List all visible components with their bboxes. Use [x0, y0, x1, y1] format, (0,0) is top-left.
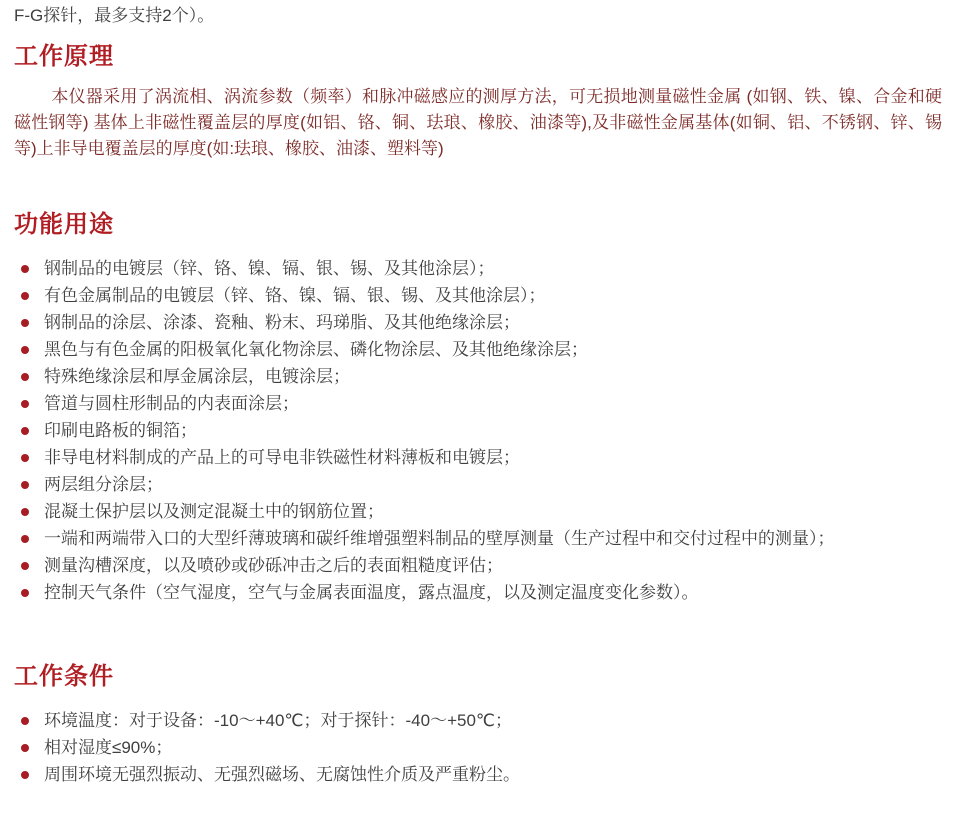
list-item-text: 印刷电路板的铜箔； [44, 421, 197, 440]
list-item-text: 钢制品的电镀层（锌、铬、镍、镉、银、锡、及其他涂层）； [44, 259, 495, 278]
bullet-dot-icon [21, 454, 29, 462]
list-item-text: 相对湿度≤90%； [44, 738, 172, 757]
list-item-text: 钢制品的涂层、涂漆、瓷釉、粉末、玛珶脂、及其他绝缘涂层； [44, 313, 520, 332]
bullet-dot-icon [21, 265, 29, 273]
bullet-dot-icon [21, 292, 29, 300]
list-item: 管道与圆柱形制品的内表面涂层； [14, 390, 942, 417]
working-principle-paragraph: 本仪器采用了涡流相、涡流参数（频率）和脉冲磁感应的测厚方法，可无损地测量磁性金属… [14, 84, 942, 162]
conditions-list: 环境温度：对于设备：-10～+40℃；对于探针：-40～+50℃；相对湿度≤90… [14, 707, 942, 788]
bullet-dot-icon [21, 562, 29, 570]
list-item: 混凝土保护层以及测定混凝土中的钢筋位置； [14, 498, 942, 525]
functions-list: 钢制品的电镀层（锌、铬、镍、镉、银、锡、及其他涂层）；有色金属制品的电镀层（锌、… [14, 255, 942, 606]
list-item: 非导电材料制成的产品上的可导电非铁磁性材料薄板和电镀层； [14, 444, 942, 471]
bullet-dot-icon [21, 771, 29, 779]
list-item-text: 特殊绝缘涂层和厚金属涂层，电镀涂层； [44, 367, 350, 386]
list-item: 钢制品的电镀层（锌、铬、镍、镉、银、锡、及其他涂层）； [14, 255, 942, 282]
list-item-text: 测量沟槽深度，以及喷砂或砂砾冲击之后的表面粗糙度评估； [44, 556, 503, 575]
list-item-text: 混凝土保护层以及测定混凝土中的钢筋位置； [44, 502, 384, 521]
list-item-text: 环境温度：对于设备：-10～+40℃；对于探针：-40～+50℃； [44, 711, 512, 730]
bullet-dot-icon [21, 400, 29, 408]
bullet-dot-icon [21, 508, 29, 516]
bullet-dot-icon [21, 589, 29, 597]
bullet-dot-icon [21, 427, 29, 435]
list-item: 有色金属制品的电镀层（锌、铬、镍、镉、银、锡、及其他涂层）； [14, 282, 942, 309]
list-item: 环境温度：对于设备：-10～+40℃；对于探针：-40～+50℃； [14, 707, 942, 734]
bullet-dot-icon [21, 481, 29, 489]
list-item-text: 非导电材料制成的产品上的可导电非铁磁性材料薄板和电镀层； [44, 448, 520, 467]
list-item: 黑色与有色金属的阳极氧化氧化物涂层、磷化物涂层、及其他绝缘涂层； [14, 336, 942, 363]
bullet-dot-icon [21, 373, 29, 381]
section-heading-functions: 功能用途 [14, 211, 942, 239]
list-item: 周围环境无强烈振动、无强烈磁场、无腐蚀性介质及严重粉尘。 [14, 761, 942, 788]
list-item: 测量沟槽深度，以及喷砂或砂砾冲击之后的表面粗糙度评估； [14, 552, 942, 579]
list-item: 钢制品的涂层、涂漆、瓷釉、粉末、玛珶脂、及其他绝缘涂层； [14, 309, 942, 336]
list-item-text: 有色金属制品的电镀层（锌、铬、镍、镉、银、锡、及其他涂层）； [44, 286, 546, 305]
list-item-text: 周围环境无强烈振动、无强烈磁场、无腐蚀性介质及严重粉尘。 [44, 765, 520, 784]
list-item-text: 控制天气条件（空气湿度，空气与金属表面温度，露点温度，以及测定温度变化参数）。 [44, 583, 699, 602]
bullet-dot-icon [21, 717, 29, 725]
list-item-text: 两层组分涂层； [44, 475, 163, 494]
bullet-dot-icon [21, 346, 29, 354]
list-item: 特殊绝缘涂层和厚金属涂层，电镀涂层； [14, 363, 942, 390]
section-heading-working-conditions: 工作条件 [14, 663, 942, 691]
list-item: 相对湿度≤90%； [14, 734, 942, 761]
section-heading-working-principle: 工作原理 [14, 43, 942, 71]
list-item: 印刷电路板的铜箔； [14, 417, 942, 444]
intro-continuation-text: F-G探针，最多支持2个）。 [14, 3, 942, 29]
list-item: 一端和两端带入口的大型纤薄玻璃和碳纤维增强塑料制品的壁厚测量（生产过程中和交付过… [14, 525, 942, 552]
list-item-text: 管道与圆柱形制品的内表面涂层； [44, 394, 299, 413]
list-item: 两层组分涂层； [14, 471, 942, 498]
bullet-dot-icon [21, 319, 29, 327]
product-detail-page: F-G探针，最多支持2个）。 工作原理 本仪器采用了涡流相、涡流参数（频率）和脉… [0, 0, 960, 808]
list-item-text: 一端和两端带入口的大型纤薄玻璃和碳纤维增强塑料制品的壁厚测量（生产过程中和交付过… [44, 529, 835, 548]
list-item-text: 黑色与有色金属的阳极氧化氧化物涂层、磷化物涂层、及其他绝缘涂层； [44, 340, 588, 359]
bullet-dot-icon [21, 744, 29, 752]
list-item: 控制天气条件（空气湿度，空气与金属表面温度，露点温度，以及测定温度变化参数）。 [14, 579, 942, 606]
bullet-dot-icon [21, 535, 29, 543]
